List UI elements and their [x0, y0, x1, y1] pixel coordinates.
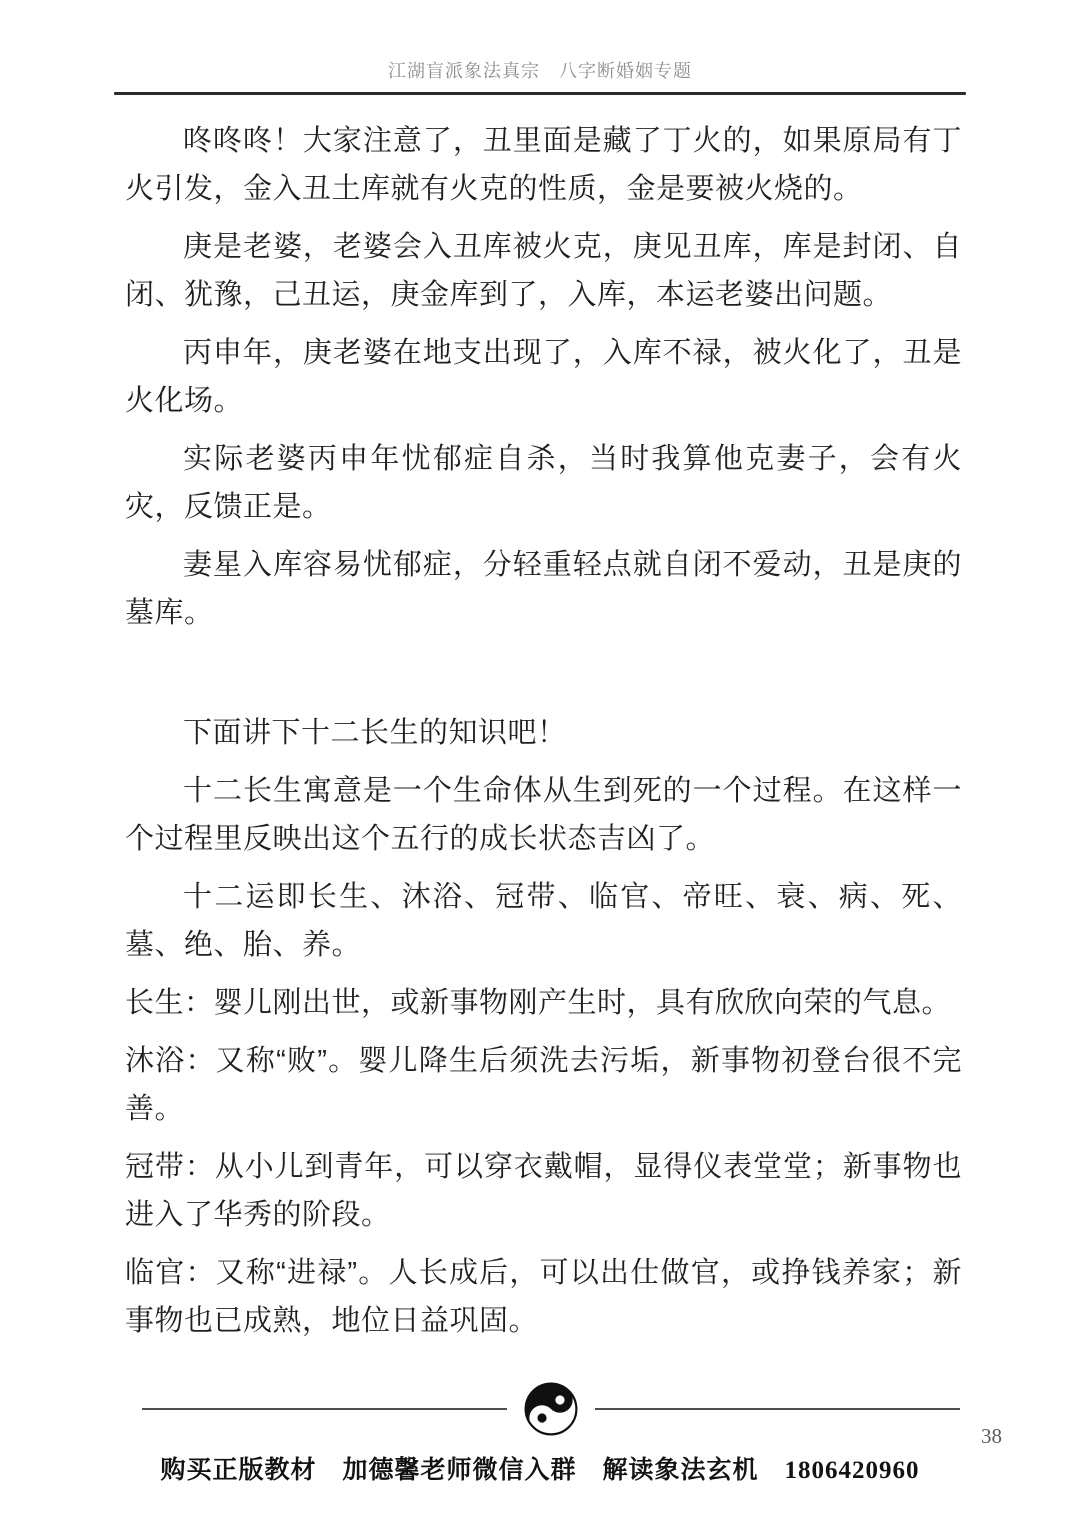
paragraph-definition: 长生：婴儿刚出世，或新事物刚产生时，具有欣欣向荣的气息。: [125, 979, 962, 1027]
paragraph: 庚是老婆，老婆会入丑库被火克，庚见丑库，库是封闭、自闭、犹豫，己丑运，庚金库到了…: [125, 223, 962, 319]
paragraph-definition: 沐浴：又称“败”。婴儿降生后须洗去污垢，新事物初登台很不完善。: [125, 1037, 962, 1133]
paragraph: 实际老婆丙申年忧郁症自杀，当时我算他克妻子，会有火灾，反馈正是。: [125, 435, 962, 531]
section-spacer: [125, 647, 962, 709]
paragraph: 下面讲下十二长生的知识吧！: [125, 709, 962, 757]
paragraph: 咚咚咚！大家注意了，丑里面是藏了丁火的，如果原局有丁火引发，金入丑土库就有火克的…: [125, 117, 962, 213]
page-header: 江湖盲派象法真宗 八字断婚姻专题: [0, 0, 1080, 95]
paragraph-definition: 临官：又称“进禄”。人长成后，可以出仕做官，或挣钱养家；新事物也已成熟，地位日益…: [125, 1249, 962, 1345]
paragraph-definition: 冠带：从小儿到青年，可以穿衣戴帽，显得仪表堂堂；新事物也进入了华秀的阶段。: [125, 1143, 962, 1239]
paragraph: 丙申年，庚老婆在地支出现了，入库不禄，被火化了，丑是火化场。: [125, 329, 962, 425]
footer-divider-left: [142, 1408, 507, 1410]
header-title: 江湖盲派象法真宗 八字断婚姻专题: [0, 58, 1080, 84]
document-page: 江湖盲派象法真宗 八字断婚姻专题 咚咚咚！大家注意了，丑里面是藏了丁火的，如果原…: [0, 0, 1080, 1534]
page-number: 38: [981, 1424, 1002, 1449]
yinyang-icon: [524, 1382, 578, 1436]
paragraph: 妻星入库容易忧郁症，分轻重轻点就自闭不爱动，丑是庚的墓库。: [125, 541, 962, 637]
document-body: 咚咚咚！大家注意了，丑里面是藏了丁火的，如果原局有丁火引发，金入丑土库就有火克的…: [0, 95, 1080, 1345]
paragraph: 十二运即长生、沐浴、冠带、临官、帝旺、衰、病、死、墓、绝、胎、养。: [125, 873, 962, 969]
footer-ornament: [142, 1382, 960, 1436]
paragraph: 十二长生寓意是一个生命体从生到死的一个过程。在这样一个过程里反映出这个五行的成长…: [125, 767, 962, 863]
footer-divider-right: [595, 1408, 960, 1410]
page-footer: 购买正版教材 加德馨老师微信入群 解读象法玄机 1806420960 38: [0, 1382, 1080, 1486]
footer-text: 购买正版教材 加德馨老师微信入群 解读象法玄机 1806420960: [0, 1450, 1080, 1486]
